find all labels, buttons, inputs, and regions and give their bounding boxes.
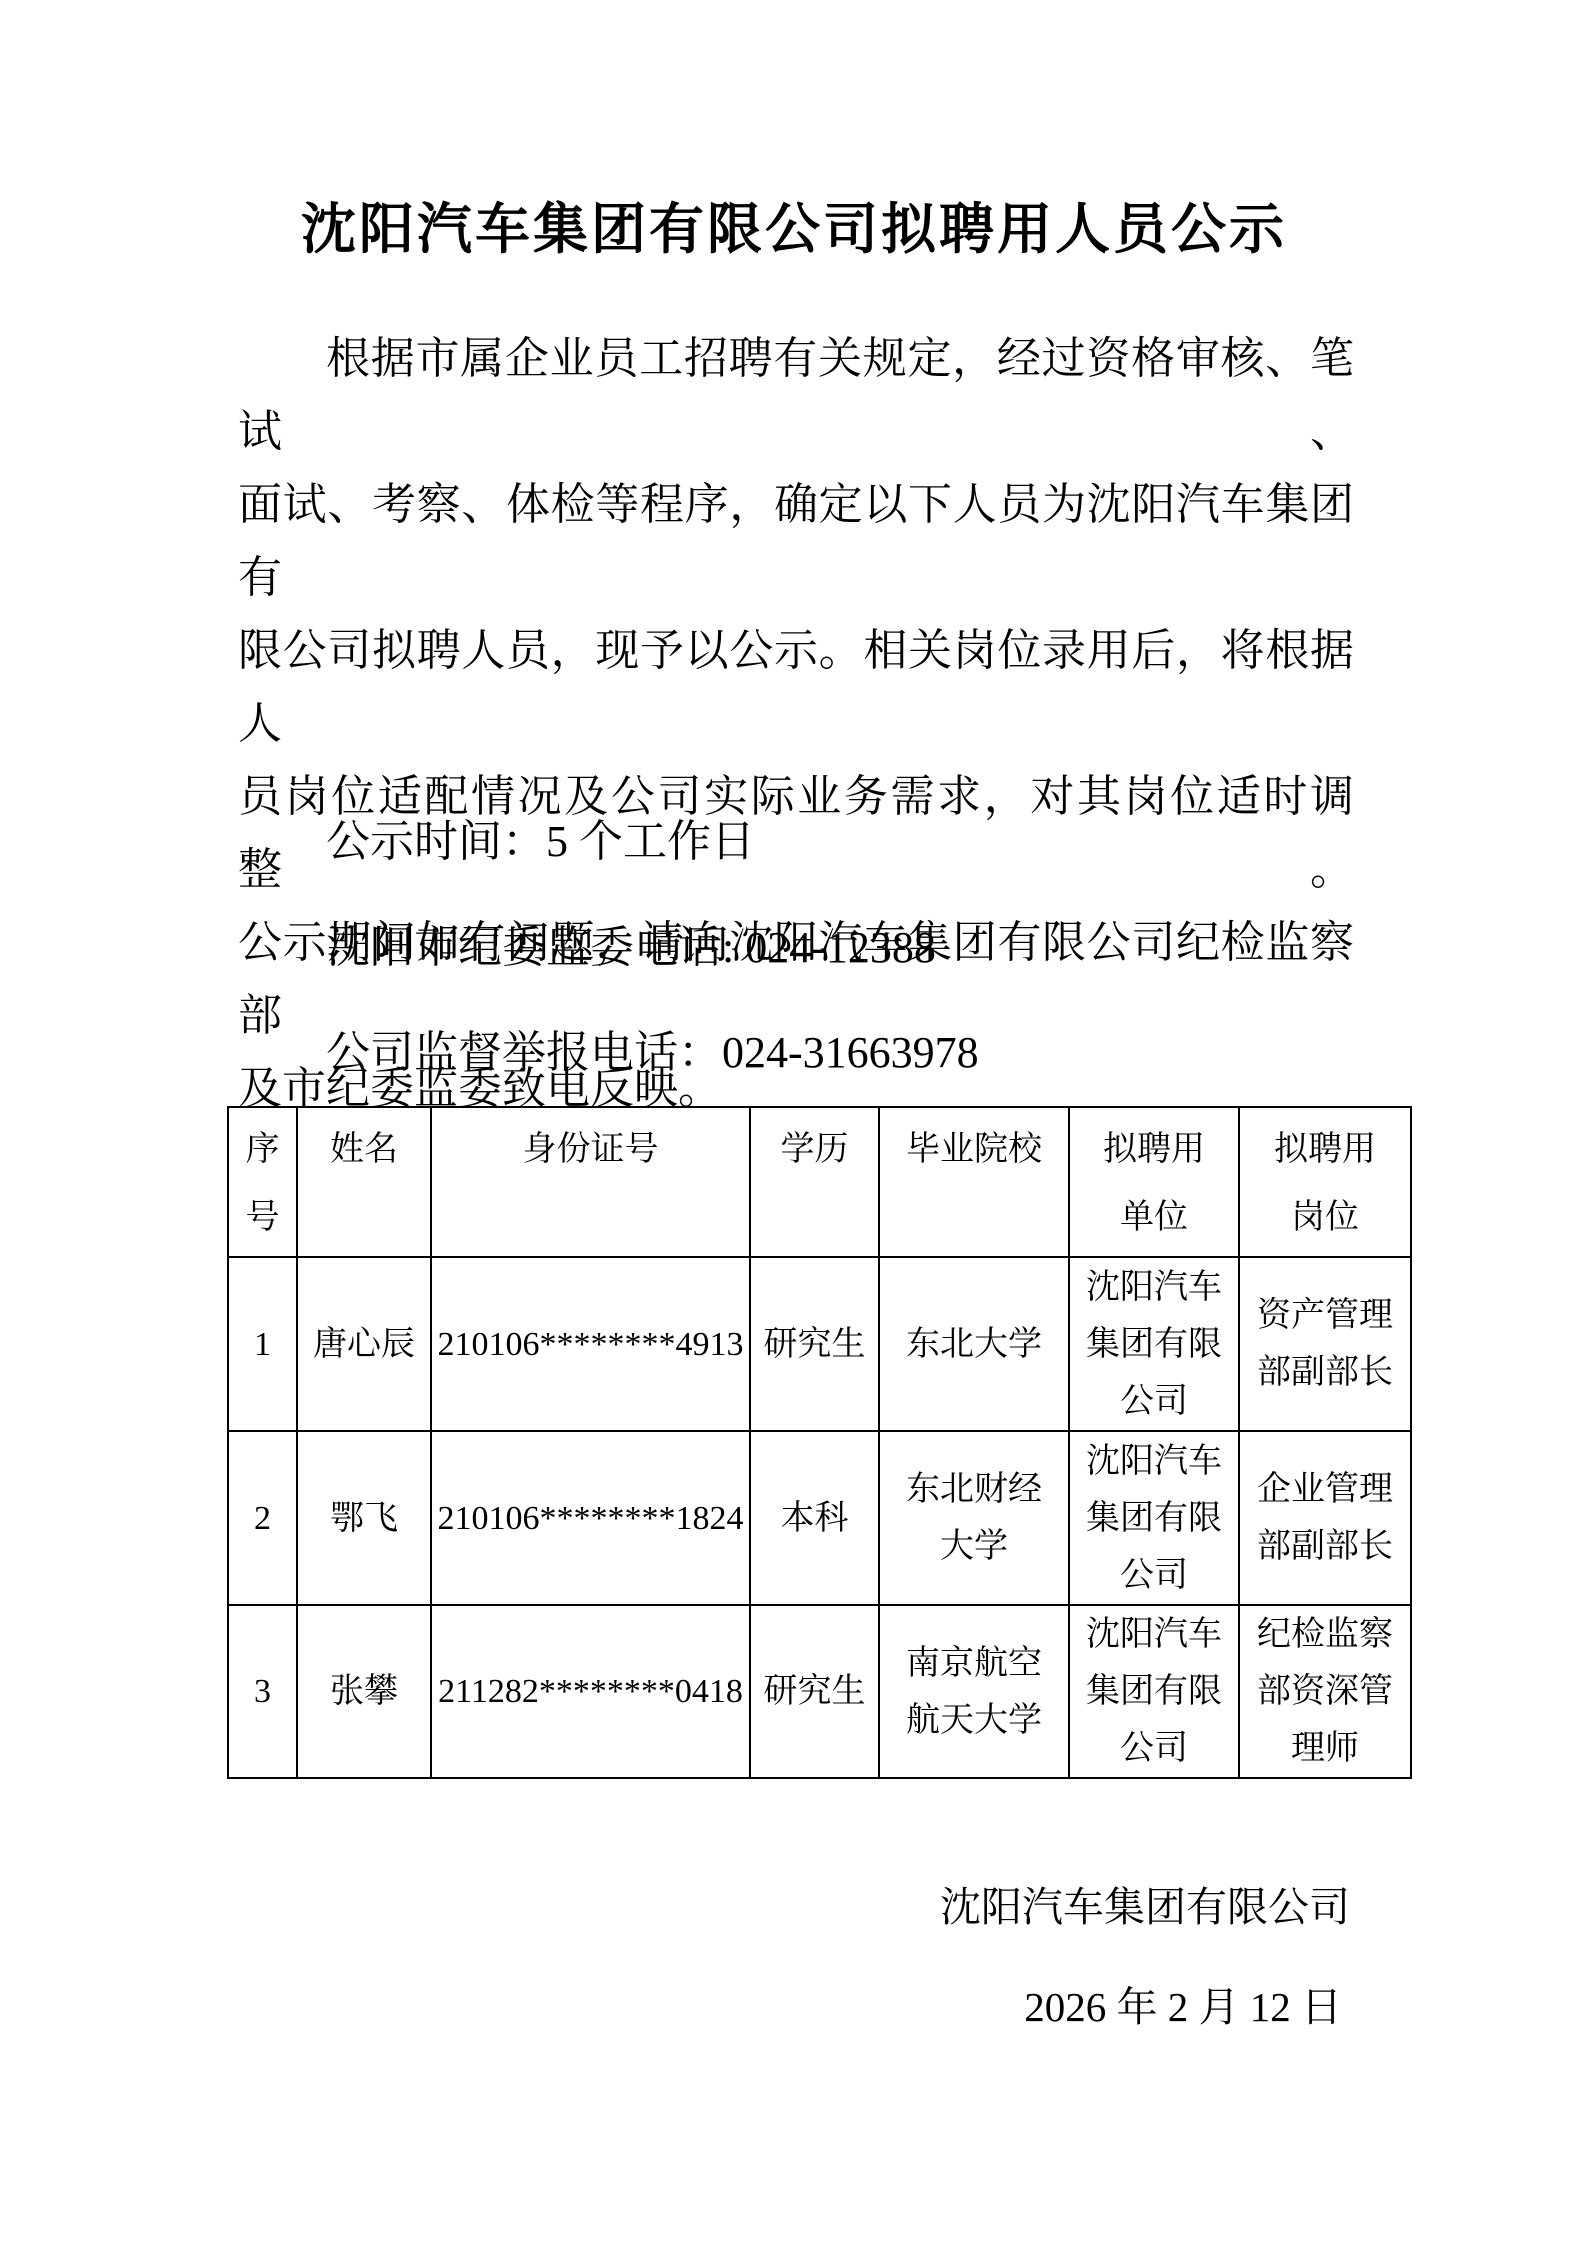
signature-date: 2026 年 2 月 12 日 — [238, 1972, 1350, 2042]
cell-seq: 2 — [228, 1431, 297, 1605]
cell-id-number: 210106********4913 — [431, 1257, 750, 1431]
cell-education: 研究生 — [750, 1257, 879, 1431]
signature-company: 沈阳汽车集团有限公司 — [238, 1872, 1350, 1942]
col-header-employer: 拟聘用 单位 — [1069, 1107, 1239, 1257]
col-header-name: 姓名 — [297, 1107, 431, 1257]
cell-school: 东北财经 大学 — [879, 1431, 1069, 1605]
col-header-school: 毕业院校 — [879, 1107, 1069, 1257]
commission-phone-line: 沈阳市纪委监委电话: 024-12388 — [238, 912, 1354, 984]
cell-position: 纪检监察 部资深管 理师 — [1239, 1605, 1411, 1778]
cell-position: 资产管理 部副部长 — [1239, 1257, 1411, 1431]
col-header-seq: 序 号 — [228, 1107, 297, 1257]
col-header-education: 学历 — [750, 1107, 879, 1257]
cell-seq: 3 — [228, 1605, 297, 1778]
cell-school: 东北大学 — [879, 1257, 1069, 1431]
cell-education: 本科 — [750, 1431, 879, 1605]
table-row: 2 鄂飞 210106********1824 本科 东北财经 大学 沈阳汽车 … — [228, 1431, 1411, 1605]
cell-employer: 沈阳汽车 集团有限 公司 — [1069, 1605, 1239, 1778]
col-header-id-number: 身份证号 — [431, 1107, 750, 1257]
cell-id-number: 210106********1824 — [431, 1431, 750, 1605]
cell-seq: 1 — [228, 1257, 297, 1431]
cell-name: 鄂飞 — [297, 1431, 431, 1605]
cell-school: 南京航空 航天大学 — [879, 1605, 1069, 1778]
paragraph-line: 限公司拟聘人员，现予以公示。相关岗位录用后，将根据人 — [238, 614, 1354, 760]
paragraph-line: 面试、考察、体检等程序，确定以下人员为沈阳汽车集团有 — [238, 468, 1354, 614]
cell-name: 唐心辰 — [297, 1257, 431, 1431]
table-header-row: 序 号 姓名 身份证号 学历 毕业院校 拟聘用 单位 拟聘用 岗位 — [228, 1107, 1411, 1257]
col-header-position: 拟聘用 岗位 — [1239, 1107, 1411, 1257]
paragraph-line: 根据市属企业员工招聘有关规定，经过资格审核、笔试、 — [238, 322, 1354, 468]
cell-employer: 沈阳汽车 集团有限 公司 — [1069, 1257, 1239, 1431]
page-title: 沈阳汽车集团有限公司拟聘用人员公示 — [0, 192, 1588, 268]
hire-table: 序 号 姓名 身份证号 学历 毕业院校 拟聘用 单位 拟聘用 岗位 1 唐心辰 … — [227, 1106, 1412, 1779]
publicity-period-line: 公示时间：5 个工作日 — [238, 806, 1354, 878]
body-paragraph: 根据市属企业员工招聘有关规定，经过资格审核、笔试、 面试、考察、体检等程序，确定… — [238, 322, 1354, 1125]
table-row: 1 唐心辰 210106********4913 研究生 东北大学 沈阳汽车 集… — [228, 1257, 1411, 1431]
cell-name: 张攀 — [297, 1605, 431, 1778]
cell-employer: 沈阳汽车 集团有限 公司 — [1069, 1431, 1239, 1605]
cell-education: 研究生 — [750, 1605, 879, 1778]
cell-position: 企业管理 部副部长 — [1239, 1431, 1411, 1605]
table-row: 3 张攀 211282********0418 研究生 南京航空 航天大学 沈阳… — [228, 1605, 1411, 1778]
cell-id-number: 211282********0418 — [431, 1605, 750, 1778]
company-phone-line: 公司监督举报电话：024-31663978 — [238, 1017, 1354, 1089]
announcement-document: 沈阳汽车集团有限公司拟聘用人员公示 根据市属企业员工招聘有关规定，经过资格审核、… — [0, 0, 1588, 2245]
